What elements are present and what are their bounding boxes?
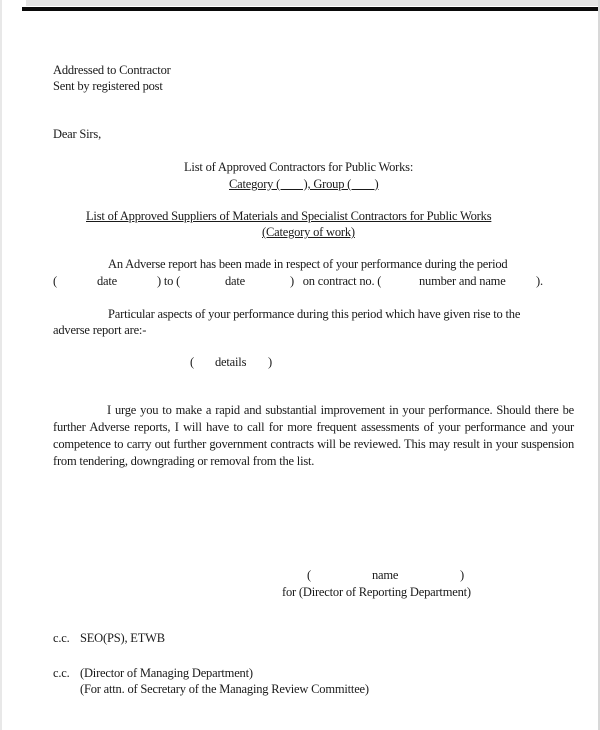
- header-rule: [22, 7, 600, 11]
- para3: I urge you to make a rapid and substanti…: [53, 402, 574, 470]
- date-to-field: date: [225, 273, 245, 289]
- details-open: (: [190, 354, 194, 370]
- para1-to: ) to (: [157, 273, 180, 289]
- para2-line2: adverse report are:-: [53, 322, 146, 338]
- heading-category-of-work: (Category of work): [262, 224, 355, 240]
- cc1-label: c.c.: [53, 630, 70, 646]
- signature-name-field: name: [372, 567, 398, 583]
- para1-open-paren: (: [53, 273, 57, 289]
- page-left-edge: [0, 0, 2, 730]
- date-from-field: date: [97, 273, 117, 289]
- signature-open: (: [307, 567, 311, 583]
- signature-title: for (Director of Reporting Department): [282, 584, 471, 600]
- details-close: ): [268, 354, 272, 370]
- para1-line1: An Adverse report has been made in respe…: [108, 256, 507, 272]
- cc2-label: c.c.: [53, 665, 70, 681]
- cc1-value: SEO(PS), ETWB: [80, 630, 165, 646]
- para1-close: ).: [536, 273, 543, 289]
- para1-contract-label: ) on contract no. (: [290, 273, 381, 289]
- cc2-line2: (For attn. of Secretary of the Managing …: [80, 681, 369, 697]
- heading-suppliers: List of Approved Suppliers of Materials …: [86, 208, 491, 224]
- contract-number-field: number and name: [419, 273, 506, 289]
- cc2-line1: (Director of Managing Department): [80, 665, 253, 681]
- para2-line1: Particular aspects of your performance d…: [108, 306, 520, 322]
- details-field: details: [215, 354, 246, 370]
- signature-close: ): [460, 567, 464, 583]
- salutation: Dear Sirs,: [53, 126, 101, 142]
- para3-text: I urge you to make a rapid and substanti…: [53, 403, 574, 468]
- heading-category-group: Category ( ), Group ( ): [229, 176, 379, 192]
- previous-page-edge: [26, 0, 600, 6]
- address-line-2: Sent by registered post: [53, 78, 163, 94]
- address-line-1: Addressed to Contractor: [53, 62, 171, 78]
- heading-contractors: List of Approved Contractors for Public …: [184, 159, 413, 175]
